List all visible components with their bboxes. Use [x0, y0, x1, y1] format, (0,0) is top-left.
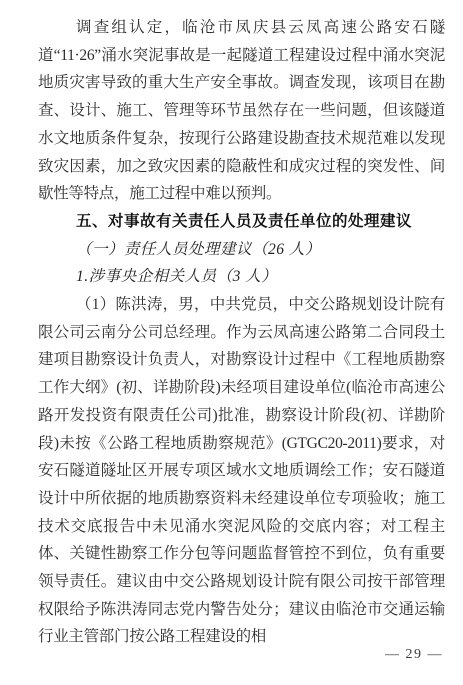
page-number: — 29 —	[385, 647, 443, 663]
section-heading: 五、对事故有关责任人员及责任单位的处理建议	[38, 208, 445, 236]
paragraph-investigation-conclusion: 调查组认定，临沧市凤庆县云凤高速公路安石隧道“11·26”涌水突泥事故是一起隧道…	[38, 14, 445, 208]
document-page: 调查组认定，临沧市凤庆县云凤高速公路安石隧道“11·26”涌水突泥事故是一起隧道…	[0, 0, 463, 685]
subsection-heading: （一）责任人员处理建议（26 人）	[38, 236, 445, 264]
list-item-heading: 1.涉事央企相关人员（3 人）	[38, 263, 445, 291]
paragraph-person-1: （1）陈洪涛，男，中共党员，中交公路规划设计院有限公司云南分公司总经理。作为云凤…	[38, 291, 445, 651]
